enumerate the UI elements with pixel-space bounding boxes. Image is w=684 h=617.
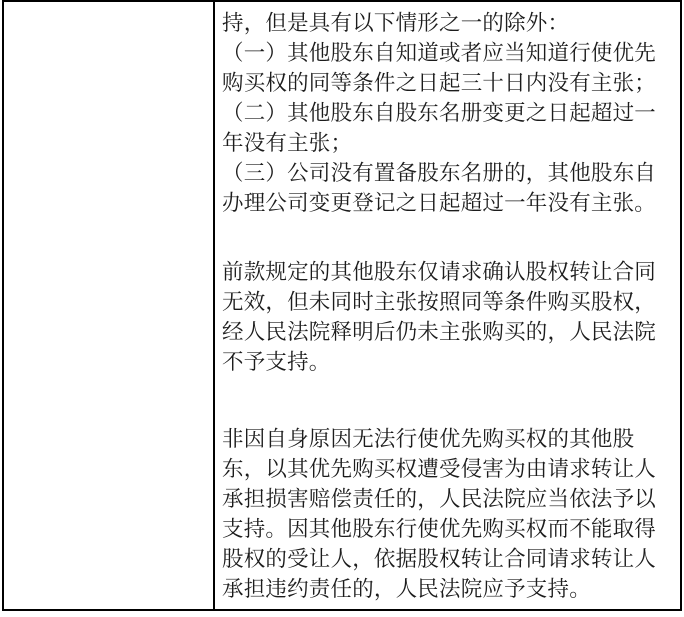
table-right-cell: 持，但是具有以下情形之一的除外： （一）其他股东自知道或者应当知道行使优先 购买… xyxy=(215,2,680,609)
text-line: 非因自身原因无法行使优先购买权的其他股 xyxy=(222,424,677,454)
text-line: 支持。因其他股东行使优先购买权而不能取得 xyxy=(222,514,677,544)
text-line: 年没有主张； xyxy=(222,128,677,158)
text-line: 持，但是具有以下情形之一的除外： xyxy=(222,8,677,38)
text-line: 前款规定的其他股东仅请求确认股权转让合同 xyxy=(222,257,677,287)
text-line: 承担损害赔偿责任的，人民法院应当依法予以 xyxy=(222,484,677,514)
paragraph-invalidity-claim: 前款规定的其他股东仅请求确认股权转让合同 无效，但未同时主张按照同等条件购买股权… xyxy=(222,257,677,377)
blank-line xyxy=(222,218,677,257)
text-line: 承担违约责任的，人民法院应予支持。 xyxy=(222,574,677,604)
legal-text-table: 持，但是具有以下情形之一的除外： （一）其他股东自知道或者应当知道行使优先 购买… xyxy=(2,0,682,611)
text-line: 购买权的同等条件之日起三十日内没有主张； xyxy=(222,68,677,98)
text-line: （三）公司没有置备股东名册的，其他股东自 xyxy=(222,158,677,188)
text-line: 经人民法院释明后仍未主张购买的，人民法院 xyxy=(222,317,677,347)
paragraph-exception-clauses: 持，但是具有以下情形之一的除外： （一）其他股东自知道或者应当知道行使优先 购买… xyxy=(222,8,677,218)
text-line: 东，以其优先购买权遭受侵害为由请求转让人 xyxy=(222,454,677,484)
table-left-cell-empty xyxy=(4,2,215,609)
text-line: 办理公司变更登记之日起超过一年没有主张。 xyxy=(222,188,677,218)
blank-line xyxy=(222,377,677,424)
text-line: （一）其他股东自知道或者应当知道行使优先 xyxy=(222,38,677,68)
text-line: 不予支持。 xyxy=(222,347,677,377)
text-line: 无效，但未同时主张按照同等条件购买股权， xyxy=(222,287,677,317)
paragraph-damages-liability: 非因自身原因无法行使优先购买权的其他股 东，以其优先购买权遭受侵害为由请求转让人… xyxy=(222,424,677,604)
document-page: { "table": { "left_cell": { "content": "… xyxy=(0,0,684,617)
text-line: （二）其他股东自股东名册变更之日起超过一 xyxy=(222,98,677,128)
text-line: 股权的受让人，依据股权转让合同请求转让人 xyxy=(222,544,677,574)
